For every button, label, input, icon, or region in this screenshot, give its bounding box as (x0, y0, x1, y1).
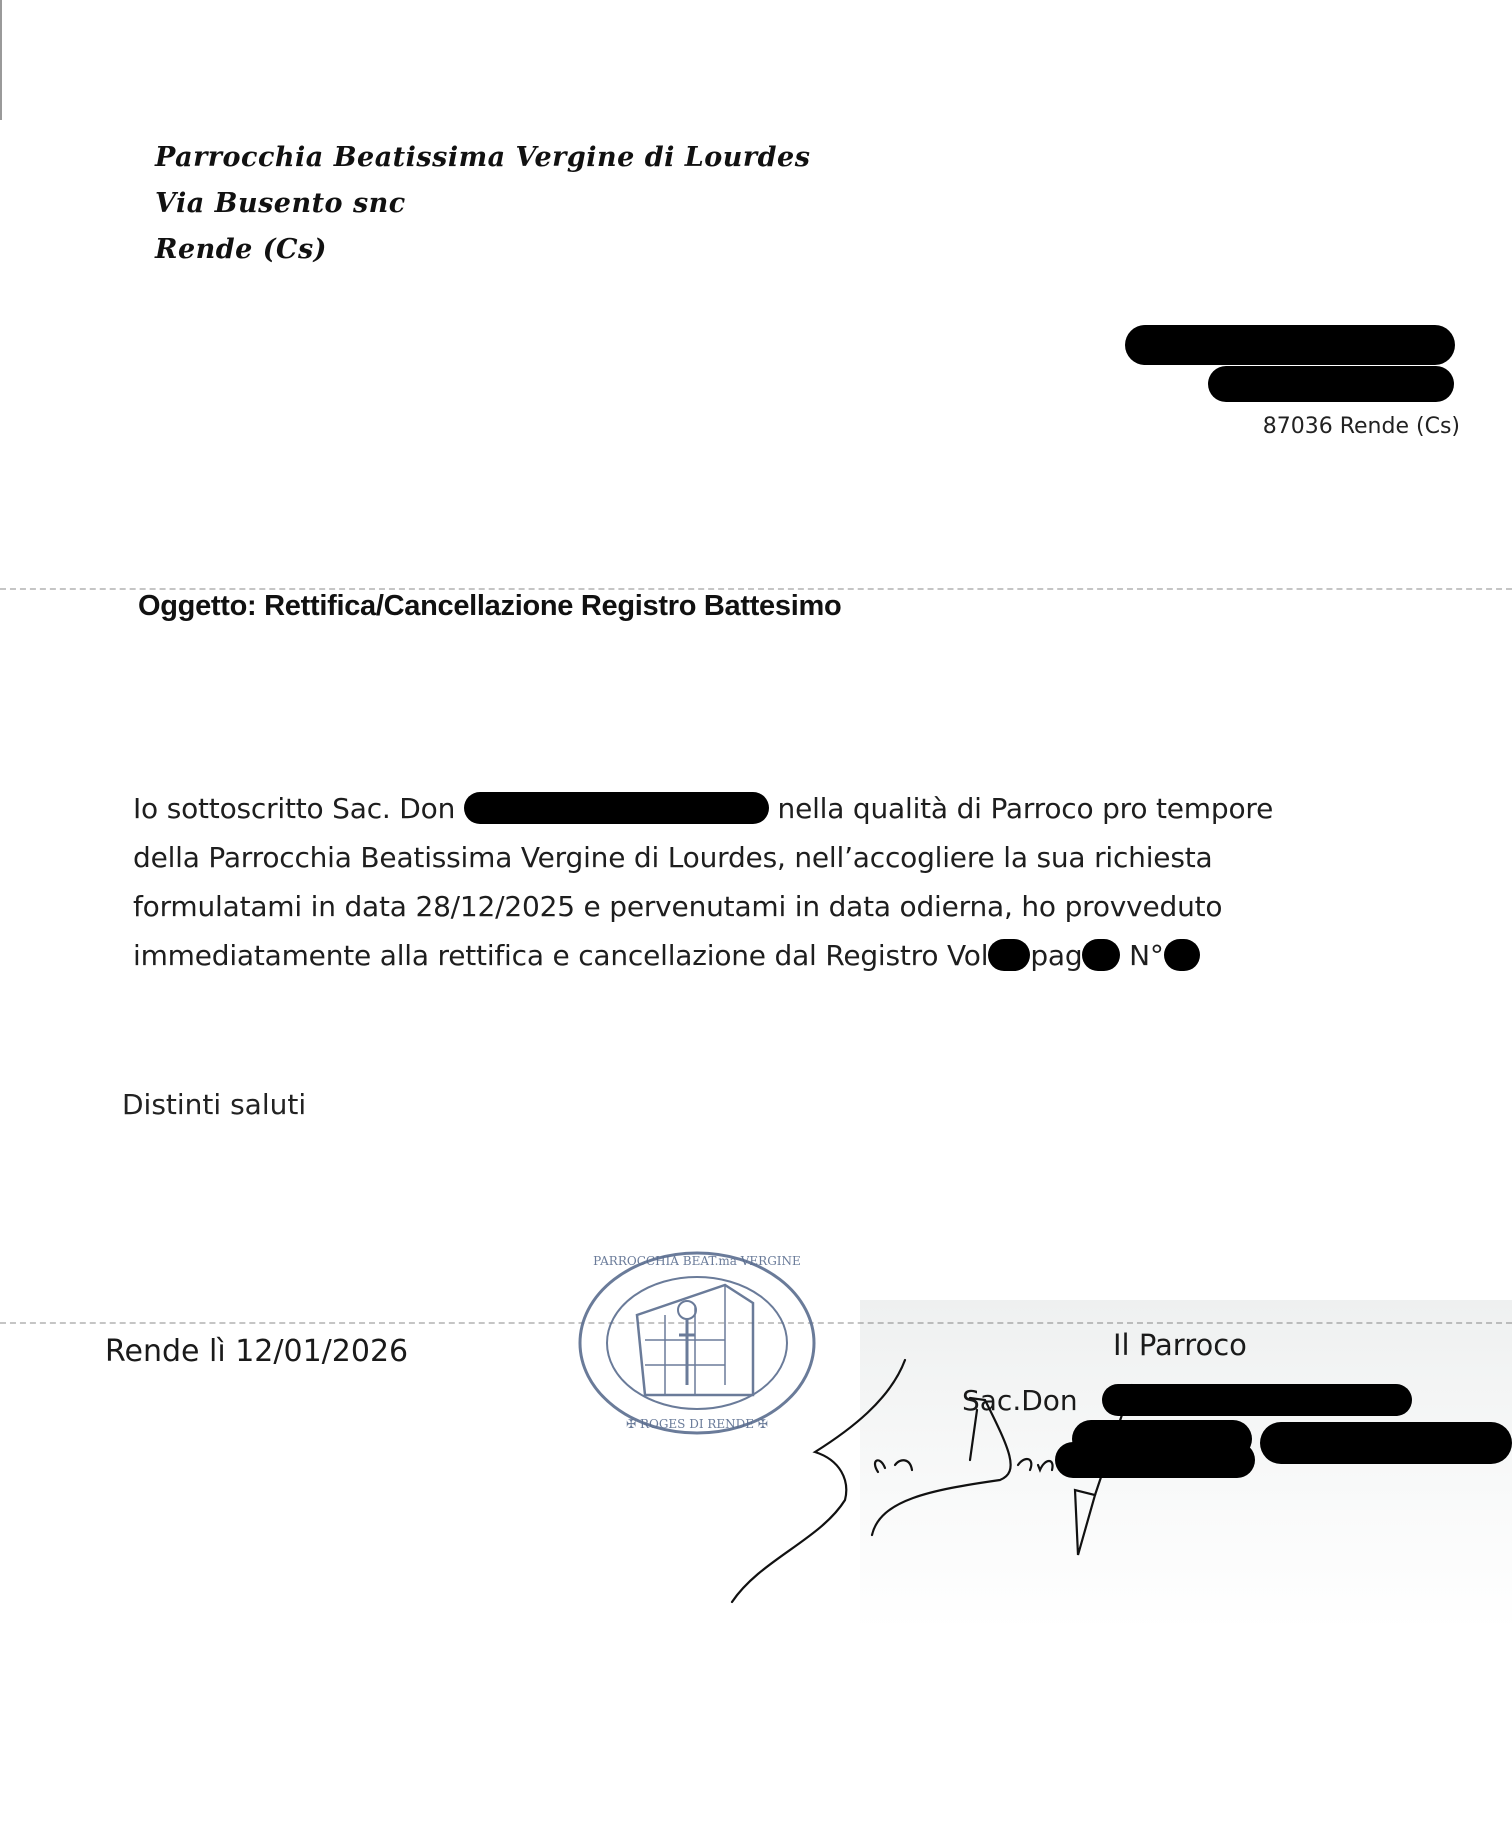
body-text: immediatamente alla rettifica e cancella… (133, 939, 988, 972)
sender-letterhead: Parrocchia Beatissima Vergine di Lourdes… (155, 135, 810, 273)
body-line-3: formulatami in data 28/12/2025 e pervenu… (133, 882, 1403, 931)
signature-redactions (1050, 1380, 1512, 1500)
recipient-address: 87036 Rende (Cs) (1100, 322, 1460, 452)
redacted-priest-name (464, 792, 769, 824)
sender-street: Via Busento snc (155, 181, 810, 227)
body-text: pag (1030, 939, 1082, 972)
body-text: nella qualità di Parroco pro tempore (778, 792, 1274, 825)
body-line-1: Io sottoscritto Sac. Don nella qualità d… (133, 784, 1403, 833)
redacted-volume (988, 939, 1030, 971)
redacted-recipient-name (1125, 325, 1455, 365)
body-text: N° (1129, 939, 1164, 972)
place-and-date: Rende lì 12/01/2026 (105, 1334, 408, 1369)
sender-name: Parrocchia Beatissima Vergine di Lourdes (155, 135, 810, 181)
sender-city: Rende (Cs) (155, 227, 810, 273)
page-edge (0, 0, 2, 120)
recipient-postal-line: 87036 Rende (Cs) (1263, 414, 1460, 439)
redacted-signatory-name-4 (1260, 1422, 1512, 1464)
redacted-number (1164, 939, 1200, 971)
redacted-page (1082, 939, 1120, 971)
letter-body: Io sottoscritto Sac. Don nella qualità d… (133, 784, 1403, 980)
closing-salutation: Distinti saluti (122, 1088, 306, 1121)
body-text: Io sottoscritto Sac. Don (133, 792, 455, 825)
body-line-4: immediatamente alla rettifica e cancella… (133, 931, 1403, 980)
redacted-signatory-name-3 (1055, 1442, 1255, 1478)
body-line-2: della Parrocchia Beatissima Vergine di L… (133, 833, 1403, 882)
redacted-recipient-street (1208, 366, 1454, 402)
subject-line: Oggetto: Rettifica/Cancellazione Registr… (138, 590, 841, 623)
svg-text:PARROCCHIA BEAT.ma VERGINE: PARROCCHIA BEAT.ma VERGINE (593, 1254, 801, 1268)
redacted-signatory-name (1102, 1384, 1412, 1416)
